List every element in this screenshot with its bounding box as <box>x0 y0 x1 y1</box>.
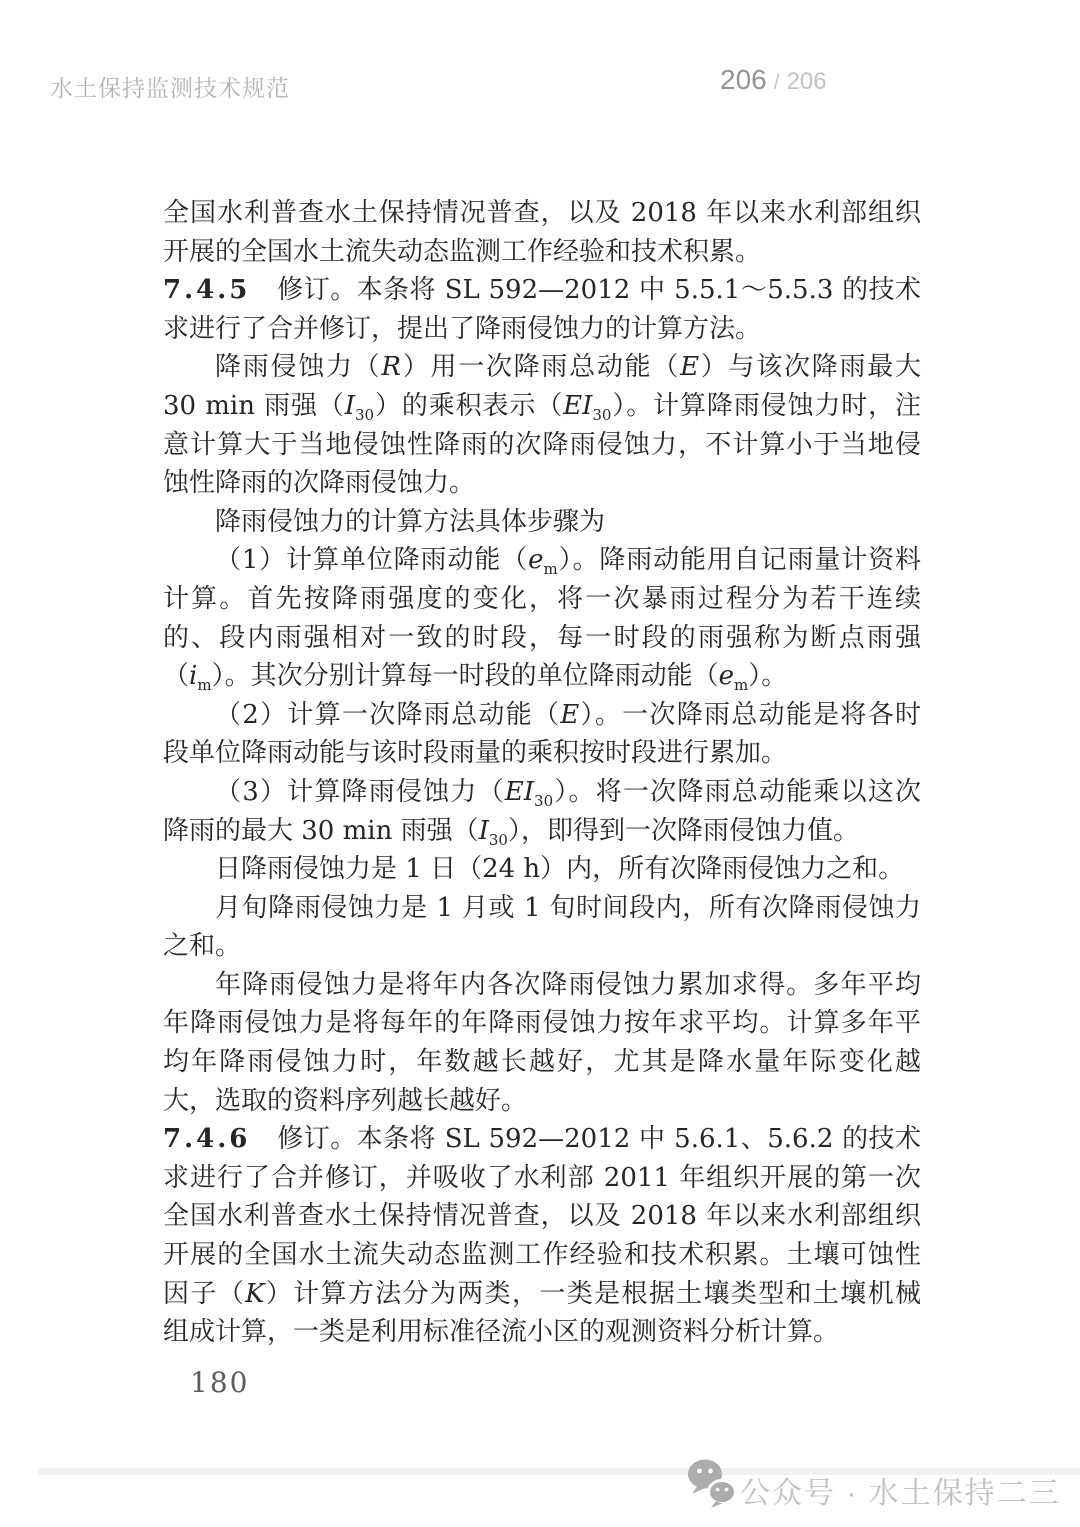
text-line: 7.4.6 修订。本条将 SL 592—2012 中 5.6.1、5.6.2 的… <box>163 1120 921 1159</box>
text-line: 降雨侵蚀力（R）用一次降雨总动能（E）与该次降雨最大 <box>163 348 921 387</box>
text-line: 因子（K）计算方法分为两类，一类是根据土壤类型和土壤机械 <box>163 1275 921 1314</box>
text-line: （1）计算单位降雨动能（em）。降雨动能用自记雨量计资料 <box>163 541 921 580</box>
text-line: （2）计算一次降雨总动能（E）。一次降雨总动能是将各时 <box>163 696 921 735</box>
text-line: 段单位降雨动能与该时段雨量的乘积按时段进行累加。 <box>163 734 921 773</box>
text-line: 组成计算，一类是利用标准径流小区的观测资料分析计算。 <box>163 1313 921 1352</box>
text-line: 之和。 <box>163 927 921 966</box>
text-line: 的、段内雨强相对一致的时段，每一时段的雨强称为断点雨强 <box>163 619 921 658</box>
wechat-icon <box>686 1457 738 1515</box>
watermark-label: 公众号 · 水土保持二三 <box>740 1468 1061 1512</box>
text-line: 降雨的最大 30 min 雨强（I30），即得到一次降雨侵蚀力值。 <box>163 812 921 851</box>
text-line: 日降雨侵蚀力是 1 日（24 h）内，所有次降雨侵蚀力之和。 <box>163 850 921 889</box>
text-line: 7.4.5 修订。本条将 SL 592—2012 中 5.5.1～5.5.3 的… <box>163 271 921 310</box>
text-line: 年降雨侵蚀力是将年内各次降雨侵蚀力累加求得。多年平均 <box>163 966 921 1005</box>
page-indicator: 206 / 206 <box>720 64 827 96</box>
text-line: 开展的全国水土流失动态监测工作经验和技术积累。 <box>163 233 921 272</box>
text-line: 意计算大于当地侵蚀性降雨的次降雨侵蚀力，不计算小于当地侵 <box>163 426 921 465</box>
text-line: 月旬降雨侵蚀力是 1 月或 1 旬时间段内，所有次降雨侵蚀力 <box>163 889 921 928</box>
text-line: 降雨侵蚀力的计算方法具体步骤为 <box>163 503 921 542</box>
text-line: 开展的全国水土流失动态监测工作经验和技术积累。土壤可蚀性 <box>163 1236 921 1275</box>
page-separator: / <box>774 71 780 95</box>
text-line: （im）。其次分别计算每一时段的单位降雨动能（em）。 <box>163 657 921 696</box>
text-line: 计算。首先按降雨强度的变化，将一次暴雨过程分为若干连续 <box>163 580 921 619</box>
doc-title: 水土保持监测技术规范 <box>50 70 290 103</box>
text-line: 全国水利普查水土保持情况普查，以及 2018 年以来水利部组织 <box>163 1197 921 1236</box>
text-line: 30 min 雨强（I30）的乘积表示（EI30）。计算降雨侵蚀力时，注 <box>163 387 921 426</box>
text-line: 蚀性降雨的次降雨侵蚀力。 <box>163 464 921 503</box>
page-current: 206 <box>720 64 767 96</box>
text-line: 大，选取的资料序列越长越好。 <box>163 1082 921 1121</box>
text-line: 求进行了合并修订，并吸收了水利部 2011 年组织开展的第一次 <box>163 1159 921 1198</box>
document-viewer-page: { "header": { "doc_title": "水土保持监测技术规范",… <box>0 0 1080 1527</box>
text-line: 求进行了合并修订，提出了降雨侵蚀力的计算方法。 <box>163 310 921 349</box>
text-line: 均年降雨侵蚀力时，年数越长越好，尤其是降水量年际变化越 <box>163 1043 921 1082</box>
page-total: 206 <box>787 68 827 96</box>
text-line: （3）计算降雨侵蚀力（EI30）。将一次降雨总动能乘以这次 <box>163 773 921 812</box>
folio-page-number: 180 <box>190 1366 249 1399</box>
text-line: 年降雨侵蚀力是将每年的年降雨侵蚀力按年求平均。计算多年平 <box>163 1004 921 1043</box>
body-text: 全国水利普查水土保持情况普查，以及 2018 年以来水利部组织开展的全国水土流失… <box>163 194 921 1352</box>
text-line: 全国水利普查水土保持情况普查，以及 2018 年以来水利部组织 <box>163 194 921 233</box>
